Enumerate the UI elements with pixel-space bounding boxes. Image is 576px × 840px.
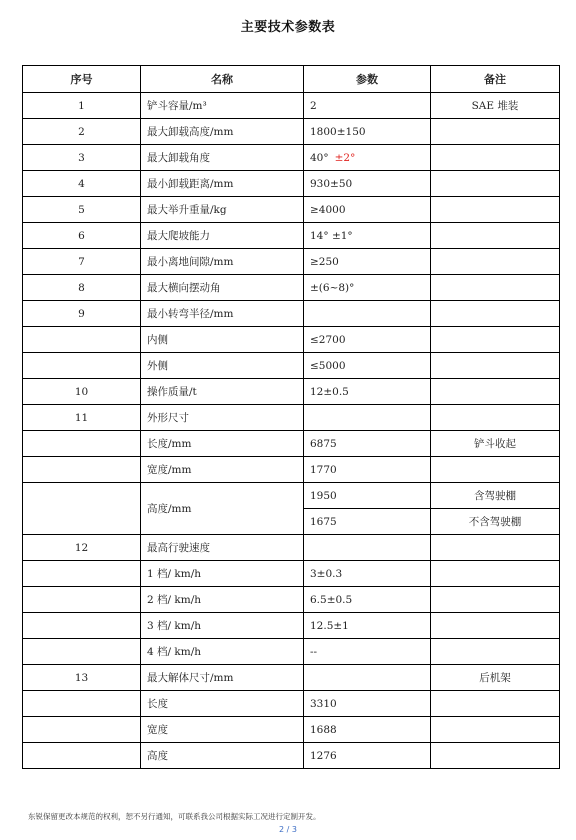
cell-no	[23, 717, 141, 743]
table-row: 高度/mm1950含驾驶棚	[23, 483, 560, 509]
disclaimer-text: 东锐保留更改本规范的权利，恕不另行通知，可联系我公司根据实际工况进行定制开发。	[28, 811, 321, 822]
cell-name: 最大举升重量/kg	[141, 197, 304, 223]
page-number: 2 / 3	[0, 825, 576, 834]
table-row: 4 档/ km/h--	[23, 639, 560, 665]
cell-name: 长度	[141, 691, 304, 717]
cell-value: 6.5±0.5	[304, 587, 431, 613]
cell-no	[23, 561, 141, 587]
cell-no: 11	[23, 405, 141, 431]
cell-value: 930±50	[304, 171, 431, 197]
cell-value: 3310	[304, 691, 431, 717]
cell-no	[23, 327, 141, 353]
cell-value: 12±0.5	[304, 379, 431, 405]
cell-note	[431, 379, 560, 405]
cell-note: 含驾驶棚	[431, 483, 560, 509]
value-text: 40°	[310, 152, 329, 164]
page-title: 主要技术参数表	[0, 16, 576, 35]
tolerance-text: ±2°	[335, 152, 356, 164]
cell-name: 最大解体尺寸/mm	[141, 665, 304, 691]
cell-name: 铲斗容量/m³	[141, 93, 304, 119]
cell-name: 高度/mm	[141, 483, 304, 535]
cell-value: 12.5±1	[304, 613, 431, 639]
table-row: 1 档/ km/h3±0.3	[23, 561, 560, 587]
table-header-row: 序号 名称 参数 备注	[23, 66, 560, 93]
cell-no: 1	[23, 93, 141, 119]
cell-name: 最大卸载高度/mm	[141, 119, 304, 145]
cell-name: 最小转弯半径/mm	[141, 301, 304, 327]
cell-note	[431, 613, 560, 639]
cell-name: 宽度/mm	[141, 457, 304, 483]
table-row: 6最大爬坡能力14° ±1°	[23, 223, 560, 249]
cell-value: 3±0.3	[304, 561, 431, 587]
cell-note	[431, 743, 560, 769]
cell-no	[23, 691, 141, 717]
table-row: 长度3310	[23, 691, 560, 717]
cell-no: 13	[23, 665, 141, 691]
cell-value: 1950	[304, 483, 431, 509]
cell-note	[431, 197, 560, 223]
table-row: 宽度1688	[23, 717, 560, 743]
cell-no: 8	[23, 275, 141, 301]
cell-note	[431, 535, 560, 561]
cell-no	[23, 457, 141, 483]
cell-value: 1688	[304, 717, 431, 743]
cell-value: 6875	[304, 431, 431, 457]
cell-no: 12	[23, 535, 141, 561]
cell-note: 不含驾驶棚	[431, 509, 560, 535]
table-row: 1铲斗容量/m³2SAE 堆装	[23, 93, 560, 119]
header-no: 序号	[23, 66, 141, 93]
cell-name: 长度/mm	[141, 431, 304, 457]
cell-no: 3	[23, 145, 141, 171]
cell-name: 2 档/ km/h	[141, 587, 304, 613]
cell-note: 后机架	[431, 665, 560, 691]
table-row: 外侧≤5000	[23, 353, 560, 379]
cell-no: 2	[23, 119, 141, 145]
header-note: 备注	[431, 66, 560, 93]
cell-value: ≥250	[304, 249, 431, 275]
cell-name: 4 档/ km/h	[141, 639, 304, 665]
cell-no: 7	[23, 249, 141, 275]
cell-value: 1675	[304, 509, 431, 535]
cell-note	[431, 561, 560, 587]
cell-note	[431, 275, 560, 301]
table-row: 3最大卸载角度40°±2°	[23, 145, 560, 171]
cell-name: 内侧	[141, 327, 304, 353]
cell-name: 最小卸载距离/mm	[141, 171, 304, 197]
cell-note	[431, 353, 560, 379]
cell-no: 10	[23, 379, 141, 405]
cell-note	[431, 405, 560, 431]
cell-name: 最高行驶速度	[141, 535, 304, 561]
cell-value: ≥4000	[304, 197, 431, 223]
cell-note	[431, 639, 560, 665]
cell-value: --	[304, 639, 431, 665]
cell-note	[431, 717, 560, 743]
cell-value: ≤2700	[304, 327, 431, 353]
cell-name: 宽度	[141, 717, 304, 743]
cell-value: 1276	[304, 743, 431, 769]
table-row: 长度/mm6875铲斗收起	[23, 431, 560, 457]
cell-name: 高度	[141, 743, 304, 769]
cell-note: SAE 堆装	[431, 93, 560, 119]
cell-name: 最大爬坡能力	[141, 223, 304, 249]
table-row: 4最小卸载距离/mm930±50	[23, 171, 560, 197]
cell-value: ≤5000	[304, 353, 431, 379]
cell-value: 1770	[304, 457, 431, 483]
cell-value	[304, 665, 431, 691]
cell-no	[23, 639, 141, 665]
table-row: 10操作质量/t12±0.5	[23, 379, 560, 405]
table-row: 8最大横向摆动角±(6~8)°	[23, 275, 560, 301]
table-row: 内侧≤2700	[23, 327, 560, 353]
cell-note	[431, 223, 560, 249]
header-name: 名称	[141, 66, 304, 93]
table-row: 7最小离地间隙/mm≥250	[23, 249, 560, 275]
cell-note	[431, 691, 560, 717]
cell-no	[23, 431, 141, 457]
cell-name: 外侧	[141, 353, 304, 379]
cell-value: 2	[304, 93, 431, 119]
table-row: 3 档/ km/h12.5±1	[23, 613, 560, 639]
cell-note	[431, 587, 560, 613]
table-row: 9最小转弯半径/mm	[23, 301, 560, 327]
header-value: 参数	[304, 66, 431, 93]
cell-value: 14° ±1°	[304, 223, 431, 249]
cell-no: 9	[23, 301, 141, 327]
table-row: 2最大卸载高度/mm1800±150	[23, 119, 560, 145]
cell-no	[23, 587, 141, 613]
cell-name: 最小离地间隙/mm	[141, 249, 304, 275]
cell-value: 40°±2°	[304, 145, 431, 171]
cell-value	[304, 301, 431, 327]
cell-no	[23, 743, 141, 769]
cell-value	[304, 535, 431, 561]
table-row: 5最大举升重量/kg≥4000	[23, 197, 560, 223]
cell-no	[23, 353, 141, 379]
cell-note	[431, 327, 560, 353]
cell-no: 6	[23, 223, 141, 249]
cell-note	[431, 145, 560, 171]
cell-note	[431, 457, 560, 483]
cell-value: 1800±150	[304, 119, 431, 145]
table-row: 12最高行驶速度	[23, 535, 560, 561]
table-row: 高度1276	[23, 743, 560, 769]
cell-name: 3 档/ km/h	[141, 613, 304, 639]
cell-no	[23, 613, 141, 639]
cell-note	[431, 249, 560, 275]
cell-name: 外形尺寸	[141, 405, 304, 431]
table-row: 宽度/mm1770	[23, 457, 560, 483]
cell-note	[431, 301, 560, 327]
cell-no: 5	[23, 197, 141, 223]
cell-note	[431, 171, 560, 197]
table-row: 11外形尺寸	[23, 405, 560, 431]
cell-no: 4	[23, 171, 141, 197]
cell-name: 最大横向摆动角	[141, 275, 304, 301]
spec-table: 序号 名称 参数 备注 1铲斗容量/m³2SAE 堆装2最大卸载高度/mm180…	[22, 65, 560, 769]
table-row: 13最大解体尺寸/mm后机架	[23, 665, 560, 691]
table-row: 2 档/ km/h6.5±0.5	[23, 587, 560, 613]
cell-value	[304, 405, 431, 431]
cell-note	[431, 119, 560, 145]
cell-name: 最大卸载角度	[141, 145, 304, 171]
cell-name: 操作质量/t	[141, 379, 304, 405]
cell-no	[23, 483, 141, 535]
cell-note: 铲斗收起	[431, 431, 560, 457]
cell-name: 1 档/ km/h	[141, 561, 304, 587]
cell-value: ±(6~8)°	[304, 275, 431, 301]
